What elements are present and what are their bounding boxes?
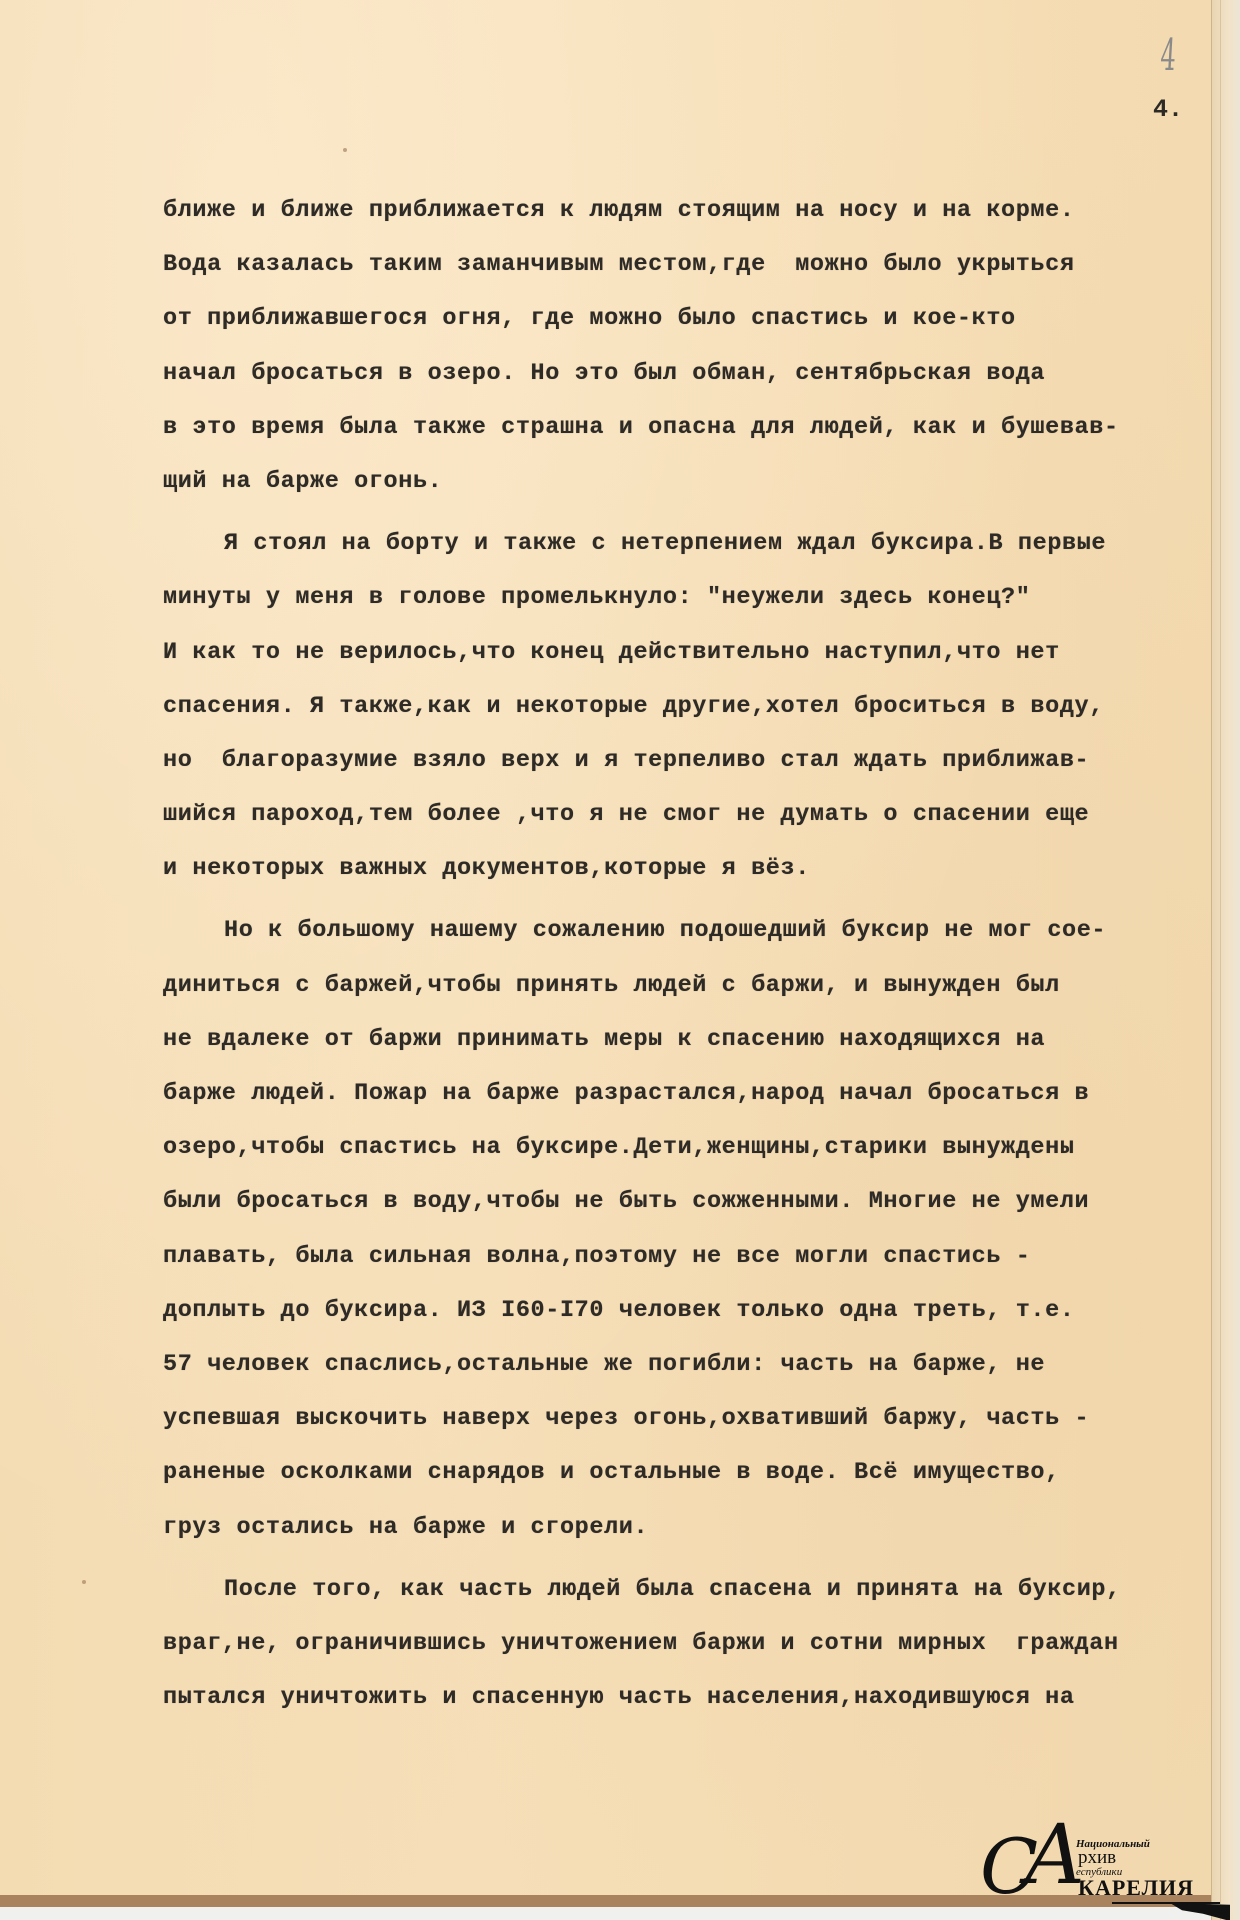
- logo-text-archive: рхив: [1078, 1848, 1116, 1867]
- paper-speck: [343, 148, 347, 152]
- typewritten-body-text: ближе и ближе приближается к людям стоящ…: [163, 184, 1121, 1725]
- text-line: раненые осколками снарядов и остальные в…: [163, 1446, 1121, 1500]
- handwritten-folio-number: 4: [1159, 30, 1177, 81]
- text-line: минуты у меня в голове промелькнуло: "не…: [163, 571, 1121, 625]
- text-line: и некоторых важных документов,которые я …: [163, 842, 1121, 896]
- quill-icon: [1170, 1903, 1230, 1920]
- text-line: После того, как часть людей была спасена…: [163, 1563, 1121, 1617]
- text-line: не вдалеке от баржи принимать меры к спа…: [163, 1013, 1121, 1067]
- text-line: Я стоял на борту и также с нетерпением ж…: [163, 517, 1121, 571]
- text-line: Но к большому нашему сожалению подошедши…: [163, 904, 1121, 958]
- archive-watermark-logo: С А Национальный рхив еспублики КАРЕЛИЯ: [980, 1815, 1220, 1915]
- text-line: груз остались на барже и сгорели.: [163, 1501, 1121, 1555]
- paragraph-gap: [163, 1555, 1121, 1563]
- typed-page-number: 4.: [1153, 95, 1183, 124]
- text-line: 57 человек спаслись,остальные же погибли…: [163, 1338, 1121, 1392]
- text-line: диниться с баржей,чтобы принять людей с …: [163, 959, 1121, 1013]
- text-line: враг,не, ограничившись уничтожением барж…: [163, 1617, 1121, 1671]
- text-line: от приближавшегося огня, где можно было …: [163, 292, 1121, 346]
- text-line: ближе и ближе приближается к людям стоящ…: [163, 184, 1121, 238]
- paragraph-gap: [163, 509, 1121, 517]
- text-line: пытался уничтожить и спасенную часть нас…: [163, 1671, 1121, 1725]
- text-line: щий на барже огонь.: [163, 455, 1121, 509]
- logo-initial-a: А: [1024, 1815, 1086, 1897]
- logo-text-karelia: КАРЕЛИЯ: [1078, 1877, 1194, 1899]
- text-line: И как то не верилось,что конец действите…: [163, 626, 1121, 680]
- paragraph-gap: [163, 896, 1121, 904]
- text-line: доплыть до буксира. ИЗ I60-I70 человек т…: [163, 1284, 1121, 1338]
- text-line: в это время была также страшна и опасна …: [163, 401, 1121, 455]
- text-line: Вода казалась таким заманчивым местом,гд…: [163, 238, 1121, 292]
- text-line: шийся пароход,тем более ,что я не смог н…: [163, 788, 1121, 842]
- text-line: озеро,чтобы спастись на буксире.Дети,жен…: [163, 1121, 1121, 1175]
- text-line: барже людей. Пожар на барже разрастался,…: [163, 1067, 1121, 1121]
- logo-rule: [1112, 1902, 1220, 1904]
- text-line: но благоразумие взяло верх и я терпеливо…: [163, 734, 1121, 788]
- text-line: плавать, была сильная волна,поэтому не в…: [163, 1230, 1121, 1284]
- text-line: спасения. Я также,как и некоторые другие…: [163, 680, 1121, 734]
- text-line: успевшая выскочить наверх через огонь,ох…: [163, 1392, 1121, 1446]
- page-binding-edge: [1211, 0, 1240, 1920]
- text-line: начал бросаться в озеро. Но это был обма…: [163, 347, 1121, 401]
- paper-speck: [82, 1580, 86, 1584]
- text-line: были бросаться в воду,чтобы не быть сожж…: [163, 1175, 1121, 1229]
